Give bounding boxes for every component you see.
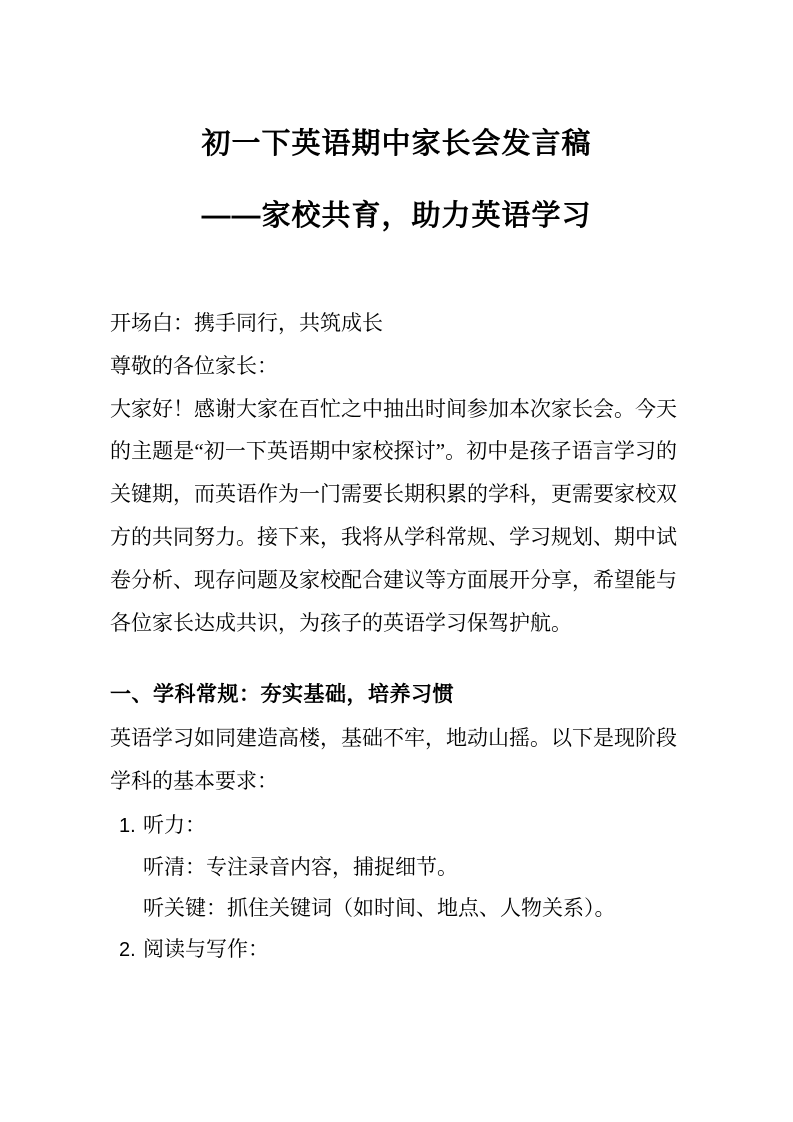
document-title: 初一下英语期中家长会发言稿 [0, 0, 793, 162]
listening-sub-item-2: 听关键：抓住关键词（如时间、地点、人物关系）。 [110, 888, 677, 929]
document-page: 初一下英语期中家长会发言稿 ——家校共育，助力英语学习 开场白：携手同行，共筑成… [0, 0, 793, 1122]
list-item-number: 2. [119, 930, 143, 971]
requirements-list: 1. 听力： 听清：专注录音内容，捕捉细节。 听关键：抓住关键词（如时间、地点、… [110, 805, 677, 972]
list-item-listening: 1. 听力： [110, 805, 677, 847]
salutation-line: 尊敬的各位家长： [110, 345, 677, 388]
document-subtitle: ——家校共育，助力英语学习 [0, 162, 793, 234]
opening-line: 开场白：携手同行，共筑成长 [110, 302, 677, 345]
intro-paragraph: 大家好！感谢大家在百忙之中抽出时间参加本次家长会。今天的主题是“初一下英语期中家… [110, 388, 677, 645]
document-body: 开场白：携手同行，共筑成长 尊敬的各位家长： 大家好！感谢大家在百忙之中抽出时间… [0, 302, 793, 972]
listening-sub-item-1: 听清：专注录音内容，捕捉细节。 [110, 847, 677, 888]
list-item-label: 阅读与写作： [143, 929, 677, 970]
section1-heading: 一、学科常规：夯实基础，培养习惯 [110, 674, 677, 717]
list-item-reading-writing: 2. 阅读与写作： [110, 929, 677, 971]
section1-lead-paragraph: 英语学习如同建造高楼，基础不牢，地动山摇。以下是现阶段学科的基本要求： [110, 717, 677, 803]
list-item-number: 1. [119, 806, 143, 847]
list-item-label: 听力： [143, 805, 677, 846]
